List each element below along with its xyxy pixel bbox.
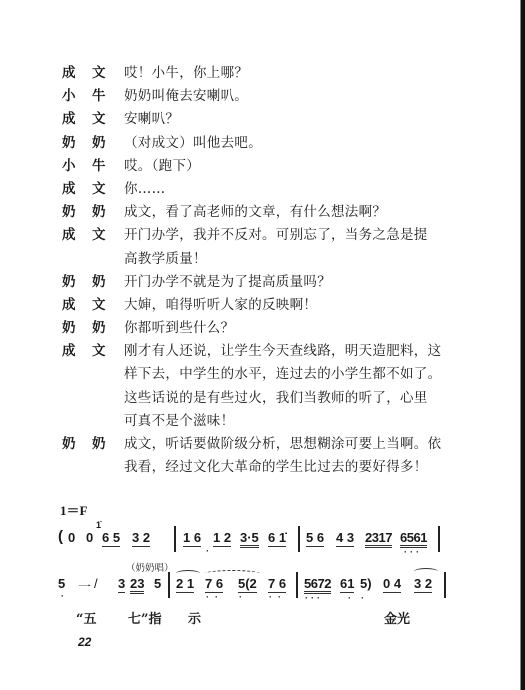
note-group: 2 1 [176,576,194,593]
dialogue-line: 成文你…… [62,178,482,201]
note-group: 5) [360,576,372,591]
dialogue-text: 安喇叭？ [124,108,482,131]
dialogue-line: 奶奶成文，听话要做阶级分析，思想糊涂可要上当啊。依 [62,433,482,456]
note-group: 23 [130,576,144,594]
rest: 0 [86,530,93,545]
note-group: 3 2 [132,530,150,547]
bar-line [168,572,170,598]
octave-dot: · [348,593,351,603]
octave-dots: ··· [404,547,422,557]
note-group: 5(2 [238,576,257,593]
dialogue-text: 奶奶叫俺去安喇叭。 [124,85,482,108]
speaker-name: 小牛 [62,85,124,108]
grace-note: 1̇ [96,520,101,530]
dialogue-line: 我看，经过文化大革命的学生比过去的要好得多！ [62,456,482,479]
octave-dot: · [361,593,364,603]
dialogue-line: 成文开门办学，我并不反对。可别忘了，当务之急是提 [62,224,482,247]
octave-dots: ··· [305,593,323,603]
dialogue-text: 哎！小牛，你上哪？ [124,62,482,85]
dialogue-text: 你都听到些什么？ [124,317,482,340]
dialogue-line: 奶奶你都听到些什么？ [62,317,482,340]
dialogue-text: 高教学质量！ [124,248,482,271]
dialogue-line: 成文安喇叭？ [62,108,482,131]
dialogue-text: 样下去，中学生的水平，连过去的小学生都不如了。 [124,363,482,386]
note-group: 0 4 [383,576,401,593]
octave-dots: ·· [269,592,287,602]
note-group: 61 [340,576,354,593]
speaker-name: 成文 [62,178,124,201]
slash: / [94,576,98,591]
dialogue-text: 成文，听话要做阶级分析，思想糊涂可要上当啊。依 [124,433,482,456]
dialogue-line: 样下去，中学生的水平，连过去的小学生都不如了。 [62,363,482,386]
note-group: 6561 [400,530,427,548]
dialogue-text: 成文，看了高老师的文章，有什么想法啊？ [124,201,482,224]
note-group: 5 6 [306,530,324,547]
dialogue-text: 可真不是个滋味！ [124,410,482,433]
dialogue-line: 奶奶开门办学不就是为了提高质量吗？ [62,271,482,294]
page-number: 22 [78,635,91,649]
bar-line [438,526,440,552]
note-group: 6 5 [102,530,120,547]
dialogue-line: 成文刚才有人还说，让学生今天查线路，明天造肥料，这 [62,340,482,363]
slur [414,568,438,575]
script-dialogue: 成文哎！小牛，你上哪？小牛奶奶叫俺去安喇叭。成文安喇叭？奶奶（对成文）叫他去吧。… [62,62,482,479]
speaker-name: 成文 [62,62,124,85]
note-group: 5672 [304,576,331,594]
speaker-name: 成文 [62,108,124,131]
note-group: 2317 [365,530,392,548]
dialogue-text: 开门办学不就是为了提高质量吗？ [124,271,482,294]
page-edge [521,0,525,690]
dash: 一 [78,576,91,595]
speaker-name: 成文 [62,294,124,317]
speaker-name: 奶奶 [62,271,124,294]
dialogue-text: 你…… [124,178,482,201]
dialogue-line: 成文哎！小牛，你上哪？ [62,62,482,85]
dialogue-line: 成文大婶，咱得听听人家的反映啊！ [62,294,482,317]
dialogue-line: 这些话说的是有些过火，我们当教师的听了，心里 [62,387,482,410]
dialogue-text: 刚才有人还说，让学生今天查线路，明天造肥料，这 [124,340,482,363]
dialogue-line: 高教学质量！ [62,248,482,271]
note: 3 [118,576,125,593]
dialogue-text: 大婶，咱得听听人家的反映啊！ [124,294,482,317]
note-group: 7 6 [268,576,286,593]
bar-line [298,526,300,552]
lyric: 金光 [384,608,410,627]
dialogue-text: 开门办学，我并不反对。可别忘了，当务之急是提 [124,224,482,247]
note-group: 6 1̇ [268,530,286,547]
bar-line [444,572,446,598]
open-paren: ( [58,528,63,545]
dialogue-line: 可真不是个滋味！ [62,410,482,433]
note-group: 3·5 [240,530,259,548]
note-group: 4 3 [336,530,354,547]
dialogue-text: 哎。（跑下） [124,155,482,178]
dialogue-line: 奶奶（对成文）叫他去吧。 [62,132,482,155]
note-group: 3 2 [414,576,432,593]
speaker-name: 成文 [62,340,124,363]
lyric: “五 [76,608,96,627]
note-group: 1 2 [213,530,231,547]
rest: 0 [68,530,75,545]
octave-dot: · [61,591,64,601]
note-group: 1 6 [183,530,201,547]
octave-dot: · [206,546,209,556]
bar-line [296,572,298,598]
key-signature: 1＝F [60,500,87,519]
note-group: 7 6 [205,576,223,593]
octave-dot: · [239,592,242,602]
singer-annotation: （奶奶唱） [126,560,174,574]
speaker-name: 奶奶 [62,317,124,340]
dialogue-line: 奶奶成文，看了高老师的文章，有什么想法啊？ [62,201,482,224]
dialogue-line: 小牛奶奶叫俺去安喇叭。 [62,85,482,108]
speaker-name: 奶奶 [62,132,124,155]
octave-dots: ·· [206,592,224,602]
note: 5 [154,576,161,591]
speaker-name: 小牛 [62,155,124,178]
dialogue-line: 小牛哎。（跑下） [62,155,482,178]
lyric: 七”指 [128,608,161,627]
bar-line [174,526,176,552]
dialogue-text: 这些话说的是有些过火，我们当教师的听了，心里 [124,387,482,410]
dialogue-text: （对成文）叫他去吧。 [124,132,482,155]
speaker-name: 奶奶 [62,201,124,224]
note: 5 [58,576,65,591]
speaker-name: 成文 [62,224,124,247]
lyric: 示 [188,608,201,627]
speaker-name: 奶奶 [62,433,124,456]
dialogue-text: 我看，经过文化大革命的学生比过去的要好得多！ [124,456,482,479]
